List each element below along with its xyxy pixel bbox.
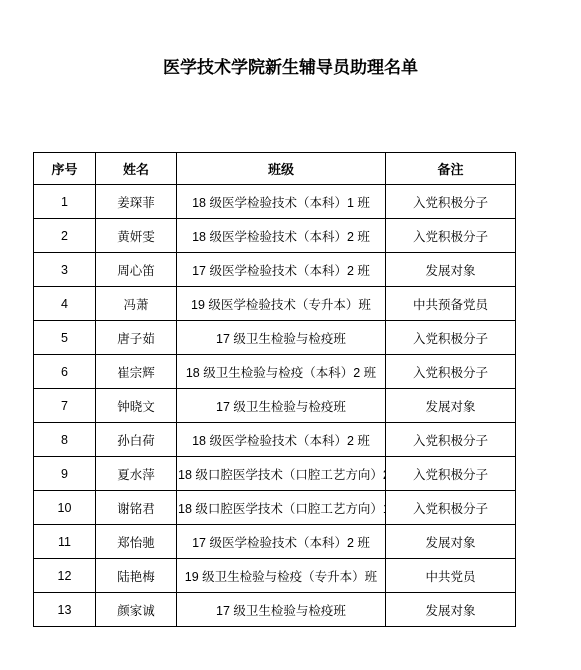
cell-no: 8 <box>34 423 96 457</box>
cell-class: 17 级医学检验技术（本科）2 班 <box>177 525 386 559</box>
cell-name: 陆艳梅 <box>96 559 177 593</box>
cell-name: 谢铭君 <box>96 491 177 525</box>
cell-no: 7 <box>34 389 96 423</box>
cell-name: 冯萧 <box>96 287 177 321</box>
cell-remark: 入党积极分子 <box>386 457 516 491</box>
cell-name: 唐子茹 <box>96 321 177 355</box>
col-header-remark: 备注 <box>386 153 516 185</box>
cell-name: 钟晓文 <box>96 389 177 423</box>
cell-class: 17 级卫生检验与检疫班 <box>177 321 386 355</box>
cell-remark: 中共预备党员 <box>386 287 516 321</box>
table-row: 3 周心笛 17 级医学检验技术（本科）2 班 发展对象 <box>34 253 516 287</box>
table-row: 11 郑怡驰 17 级医学检验技术（本科）2 班 发展对象 <box>34 525 516 559</box>
cell-class: 18 级口腔医学技术（口腔工艺方向）2 班 <box>177 457 386 491</box>
document-title: 医学技术学院新生辅导员助理名单 <box>0 53 581 78</box>
cell-name: 周心笛 <box>96 253 177 287</box>
cell-remark: 入党积极分子 <box>386 219 516 253</box>
col-header-class: 班级 <box>177 153 386 185</box>
cell-class: 19 级卫生检验与检疫（专升本）班 <box>177 559 386 593</box>
cell-no: 6 <box>34 355 96 389</box>
table-header: 序号 姓名 班级 备注 <box>34 153 516 185</box>
cell-no: 4 <box>34 287 96 321</box>
cell-remark: 入党积极分子 <box>386 491 516 525</box>
cell-no: 12 <box>34 559 96 593</box>
cell-class: 18 级医学检验技术（本科）2 班 <box>177 219 386 253</box>
cell-no: 5 <box>34 321 96 355</box>
cell-name: 郑怡驰 <box>96 525 177 559</box>
cell-class: 18 级医学检验技术（本科）1 班 <box>177 185 386 219</box>
cell-remark: 中共党员 <box>386 559 516 593</box>
cell-no: 13 <box>34 593 96 627</box>
cell-name: 颜家诚 <box>96 593 177 627</box>
cell-remark: 入党积极分子 <box>386 423 516 457</box>
assistant-roster-table: 序号 姓名 班级 备注 1 姜琛菲 18 级医学检验技术（本科）1 班 入党积极… <box>33 152 516 627</box>
table-row: 12 陆艳梅 19 级卫生检验与检疫（专升本）班 中共党员 <box>34 559 516 593</box>
table-row: 9 夏水萍 18 级口腔医学技术（口腔工艺方向）2 班 入党积极分子 <box>34 457 516 491</box>
cell-name: 黄妍雯 <box>96 219 177 253</box>
document-page: 医学技术学院新生辅导员助理名单 序号 姓名 班级 备注 1 姜琛菲 18 级医学… <box>0 0 581 670</box>
table-row: 2 黄妍雯 18 级医学检验技术（本科）2 班 入党积极分子 <box>34 219 516 253</box>
table-row: 8 孙白荷 18 级医学检验技术（本科）2 班 入党积极分子 <box>34 423 516 457</box>
cell-class: 18 级口腔医学技术（口腔工艺方向）1 班 <box>177 491 386 525</box>
cell-no: 11 <box>34 525 96 559</box>
cell-class: 17 级卫生检验与检疫班 <box>177 389 386 423</box>
cell-class: 17 级医学检验技术（本科）2 班 <box>177 253 386 287</box>
cell-name: 夏水萍 <box>96 457 177 491</box>
cell-name: 孙白荷 <box>96 423 177 457</box>
col-header-name: 姓名 <box>96 153 177 185</box>
cell-no: 3 <box>34 253 96 287</box>
cell-class: 17 级卫生检验与检疫班 <box>177 593 386 627</box>
cell-no: 10 <box>34 491 96 525</box>
cell-no: 2 <box>34 219 96 253</box>
col-header-no: 序号 <box>34 153 96 185</box>
table-row: 7 钟晓文 17 级卫生检验与检疫班 发展对象 <box>34 389 516 423</box>
cell-class: 18 级卫生检验与检疫（本科）2 班 <box>177 355 386 389</box>
cell-name: 崔宗辉 <box>96 355 177 389</box>
table-row: 4 冯萧 19 级医学检验技术（专升本）班 中共预备党员 <box>34 287 516 321</box>
cell-remark: 发展对象 <box>386 593 516 627</box>
cell-remark: 入党积极分子 <box>386 321 516 355</box>
cell-no: 9 <box>34 457 96 491</box>
cell-class: 18 级医学检验技术（本科）2 班 <box>177 423 386 457</box>
table-row: 5 唐子茹 17 级卫生检验与检疫班 入党积极分子 <box>34 321 516 355</box>
cell-remark: 入党积极分子 <box>386 185 516 219</box>
header-row: 序号 姓名 班级 备注 <box>34 153 516 185</box>
cell-class: 19 级医学检验技术（专升本）班 <box>177 287 386 321</box>
cell-remark: 入党积极分子 <box>386 355 516 389</box>
table-row: 10 谢铭君 18 级口腔医学技术（口腔工艺方向）1 班 入党积极分子 <box>34 491 516 525</box>
table-row: 1 姜琛菲 18 级医学检验技术（本科）1 班 入党积极分子 <box>34 185 516 219</box>
table-row: 13 颜家诚 17 级卫生检验与检疫班 发展对象 <box>34 593 516 627</box>
cell-no: 1 <box>34 185 96 219</box>
cell-remark: 发展对象 <box>386 253 516 287</box>
cell-name: 姜琛菲 <box>96 185 177 219</box>
cell-remark: 发展对象 <box>386 525 516 559</box>
cell-remark: 发展对象 <box>386 389 516 423</box>
table-row: 6 崔宗辉 18 级卫生检验与检疫（本科）2 班 入党积极分子 <box>34 355 516 389</box>
table-body: 1 姜琛菲 18 级医学检验技术（本科）1 班 入党积极分子 2 黄妍雯 18 … <box>34 185 516 627</box>
